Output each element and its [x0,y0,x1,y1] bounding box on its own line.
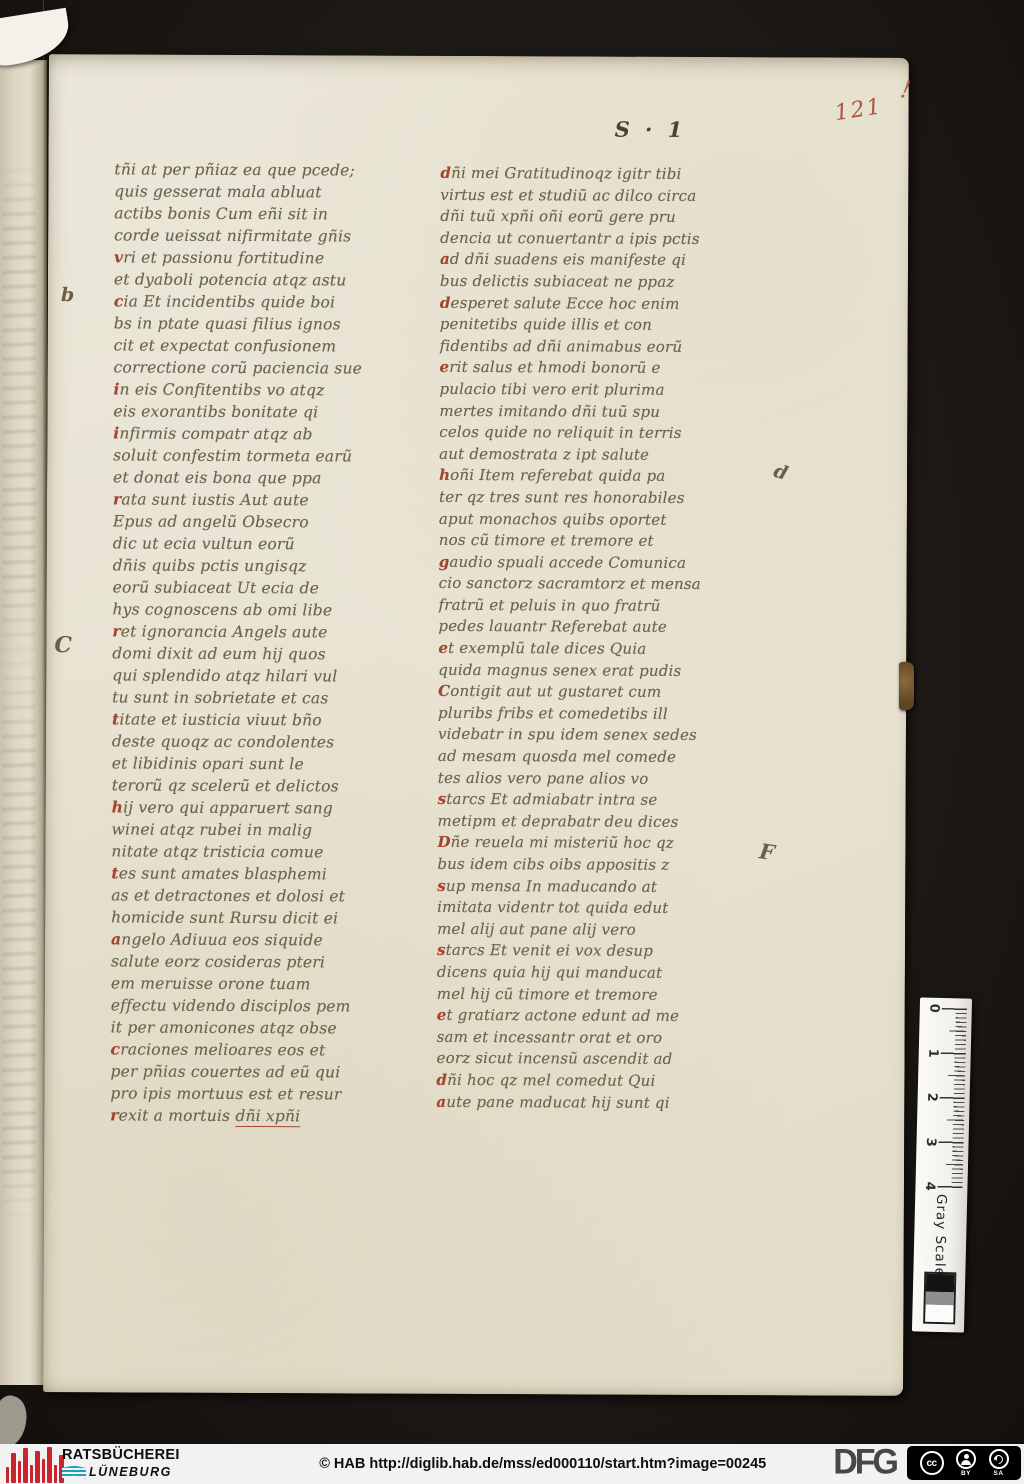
book-icon [62,1466,86,1479]
manuscript-line: rexit a mortuis dñi xpñi [110,1104,402,1127]
manuscript-line: salute eorz cosideras pteri [111,950,403,973]
manuscript-line: actibs bonis Cum eñi sit in [114,202,406,225]
manuscript-line: cia Et incidentibs quide boi [114,290,406,313]
manuscript-line: ad dñi suadens eis manifeste qi [440,249,748,272]
manuscript-line: tu sunt in sobrietate et cas [112,686,404,709]
manuscript-line: domi dixit ad eum hij quos [112,642,404,665]
manuscript-line: deste quoqz ac condolentes [112,730,404,753]
manuscript-line: starcs Et venit ei vox desup [437,940,745,963]
ruler-cm-ticks [937,1008,966,1189]
manuscript-line: bus idem cibs oibs appositis z [437,854,745,877]
library-name-line2: LÜNEBURG [89,1465,172,1479]
manuscript-line: et dyaboli potencia atqz astu [114,268,406,291]
manuscript-line: penitetibs quide illis et con [440,314,748,337]
ruler-number: 4 [922,1179,937,1193]
ruler-number: 1 [925,1046,940,1060]
patch-gray [926,1292,954,1306]
manuscript-line: nitate atqz tristicia comue [111,840,403,863]
manuscript-line: pro ipis mortuus est et resur [110,1082,402,1105]
margin-letter-b: b [61,284,74,306]
dfg-logo: DFG [833,1442,896,1483]
scan-background: S · 1 121 ! b C d F tñi at per pñiaz ea … [0,0,1024,1484]
manuscript-line: em meruisse orone tuam [111,972,403,995]
ruler-numbers: 01234 [920,997,972,998]
manuscript-line: ad mesam quosda mel comede [438,746,746,769]
manuscript-line: ter qz tres sunt res honorabiles [439,487,747,510]
manuscript-line: et libidinis opari sunt le [112,752,404,775]
manuscript-line: et donat eis bona que ppa [113,466,405,489]
patch-black [926,1274,954,1293]
manuscript-line: nos cũ timore et tremore et [439,530,747,553]
manuscript-line: videbatr in spu idem senex sedes [438,724,746,747]
manuscript-line: pedes lauantr Referebat aute [438,616,746,639]
manuscript-line: cit et expectat confusionem [114,334,406,357]
leather-tab [899,662,914,710]
margin-letter-f: F [758,838,776,865]
quire-signature: S · 1 [615,117,687,142]
manuscript-line: dencia ut conuertantr a ipis pctis [440,228,748,251]
manuscript-line: fratrũ et peluis in quo fratrũ [438,595,746,618]
manuscript-line: qui splendido atqz hilari vul [112,664,404,687]
library-logo-bars [6,1446,64,1483]
facing-page-edge [0,60,47,1385]
manuscript-line: bs in ptate quasi filius ignos [114,312,406,335]
manuscript-line: aput monachos quibs oportet [439,508,747,531]
manuscript-page: S · 1 121 ! b C d F tñi at per pñiaz ea … [43,54,909,1396]
manuscript-line: angelo Adiuua eos siquide [111,928,403,951]
folio-number: 121 [833,94,884,126]
page-stack-corner [0,1392,33,1452]
manuscript-line: cio sanctorz sacramtorz et mensa [439,573,747,596]
manuscript-line: tes alios vero pane alios vo [438,767,746,790]
manuscript-line: aut demostrata z ipt salute [439,444,747,467]
cc-sa-label: SA [993,1470,1003,1477]
manuscript-line: infirmis compatr atqz ab [113,422,405,445]
cc-sa-group: SA [989,1449,1009,1477]
library-name-line1: RATSBÜCHEREI [62,1447,180,1463]
red-corner-mark: ! [898,75,913,104]
manuscript-line: hij vero qui apparuert sang [112,796,404,819]
cc-icon: cc [920,1451,944,1475]
manuscript-line: mel alij aut pane alij vero [437,919,745,942]
margin-letter-d: d [771,460,791,485]
manuscript-line: dic ut ecia vultun eorũ [113,532,405,555]
manuscript-line: dñi tuũ xpñi oñi eorũ gere pru [440,206,748,229]
copyright-url: © HAB http://diglib.hab.de/mss/ed000110/… [319,1456,766,1472]
bleedthrough-text [2,155,36,1225]
manuscript-line: et gratiarz actone edunt ad me [437,1005,745,1028]
manuscript-line: hys cognoscens ab omi libe [112,598,404,621]
manuscript-line: craciones melioares eos et [111,1038,403,1061]
manuscript-line: tes sunt amates blasphemi [111,862,403,885]
manuscript-line: virtus est et studiũ ac dilco circa [440,184,748,207]
ruler-number: 2 [924,1090,939,1104]
manuscript-line: dñi hoc qz mel comedut Qui [436,1070,744,1093]
manuscript-line: eis exorantibs bonitate qi [113,400,405,423]
cc-by-icon [956,1449,976,1469]
manuscript-line: winei atqz rubei in malig [111,818,403,841]
manuscript-line: soluit confestim tormeta earũ [113,444,405,467]
cc-by-label: BY [961,1470,971,1477]
manuscript-line: mel hij cũ timore et tremore [437,983,745,1006]
text-column-left: tñi at per pñiaz ea que pcede;quis gesse… [110,158,406,1127]
manuscript-line: sam et incessantr orat et oro [437,1027,745,1050]
patch-white [925,1305,953,1323]
cc-license-badge: cc BY SA [907,1446,1021,1480]
manuscript-line: fidentibs ad dñi animabus eorũ [440,336,748,359]
manuscript-line: sup mensa In maducando at [437,875,745,898]
manuscript-line: quis gesserat mala abluat [114,180,406,203]
manuscript-line: tñi at per pñiaz ea que pcede; [114,158,406,181]
manuscript-line: ret ignorancia Angels aute [112,620,404,643]
manuscript-line: pulacio tibi vero erit plurima [439,379,747,402]
manuscript-line: homicide sunt Rursu dicit ei [111,906,403,929]
cc-sa-icon [989,1449,1009,1469]
manuscript-line: starcs Et admiabatr intra se [438,789,746,812]
manuscript-line: it per amonicones atqz obse [111,1016,403,1039]
ruler-label: Gray Scale [931,1194,949,1277]
manuscript-line: dñis quibs pctis ungisqz [113,554,405,577]
cc-by-group: BY [956,1449,976,1477]
manuscript-line: gaudio spuali accede Comunica [439,552,747,575]
manuscript-line: aute pane maducat hij sunt qi [436,1091,744,1114]
margin-letter-c: C [54,632,72,658]
manuscript-line: mertes imitando dñi tuũ spu [439,400,747,423]
footer-bar: RATSBÜCHEREI LÜNEBURG © HAB http://digli… [0,1444,1024,1484]
manuscript-line: desperet salute Ecce hoc enim [440,292,748,315]
manuscript-line: as et detractones et dolosi et [111,884,403,907]
manuscript-line: bus delictis subiaceat ne ppaz [440,271,748,294]
manuscript-line: dicens quia hij qui manducat [437,962,745,985]
text-column-right: dñi mei Gratitudinoqz igitr tibivirtus e… [436,163,748,1114]
manuscript-line: hoñi Item referebat quida pa [439,465,747,488]
manuscript-line: Epus ad angelũ Obsecro [113,510,405,533]
manuscript-line: in eis Confitentibs vo atqz [113,378,405,401]
manuscript-line: terorũ qz scelerũ et delictos [112,774,404,797]
manuscript-line: eorz sicut incensũ ascendit ad [436,1048,744,1071]
manuscript-line: per pñias couertes ad eũ qui [110,1060,402,1083]
manuscript-line: eorũ subiaceat Ut ecia de [113,576,405,599]
ruler-number: 0 [926,1001,941,1015]
manuscript-line: imitata videntr tot quida edut [437,897,745,920]
manuscript-line: corde ueissat nifirmitate gñis [114,224,406,247]
manuscript-line: correctione corũ paciencia sue [114,356,406,379]
grayscale-patches [923,1272,956,1325]
manuscript-line: quida magnus senex erat pudis [438,659,746,682]
manuscript-line: metipm et deprabatr deu dices [438,811,746,834]
grayscale-ruler: 01234 Gray Scale [912,997,972,1332]
manuscript-line: pluribs fribs et comedetibs ill [438,703,746,726]
manuscript-line: rata sunt iustis Aut aute [113,488,405,511]
manuscript-line: et exemplũ tale dices Quia [438,638,746,661]
library-name: RATSBÜCHEREI LÜNEBURG [62,1447,180,1479]
manuscript-line: Dñe reuela mi misteriũ hoc qz [437,832,745,855]
manuscript-line: celos quide no reliquit in terris [439,422,747,445]
manuscript-line: Contigit aut ut gustaret cum [438,681,746,704]
manuscript-line: erit salus et hmodi bonorũ e [440,357,748,380]
ruler-number: 3 [923,1135,938,1149]
manuscript-line: vri et passionu fortitudine [114,246,406,269]
manuscript-line: dñi mei Gratitudinoqz igitr tibi [440,163,748,186]
manuscript-line: titate et iusticia viuut bño [112,708,404,731]
manuscript-line: effectu videndo disciplos pem [111,994,403,1017]
